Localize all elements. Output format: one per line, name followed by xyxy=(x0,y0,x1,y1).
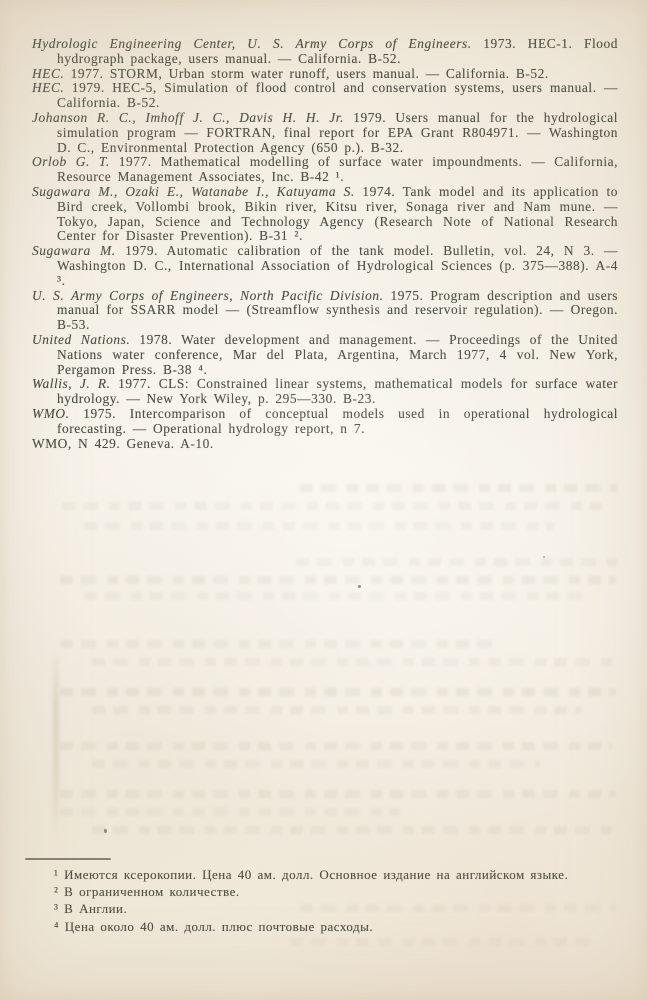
reference-text: 1977. CLS: Constrained linear systems, m… xyxy=(57,376,618,406)
reference-author: Sugawara M., Ozaki E., Watanabe I., Katu… xyxy=(32,184,355,199)
footnote: ² В ограниченном количестве. xyxy=(30,883,618,900)
reference-entry: HEC. 1977. STORM, Urban storm water runo… xyxy=(32,67,618,82)
reference-entry: WMO. 1975. Intercomparison of conceptual… xyxy=(32,407,618,437)
reference-author: Sugawara M. xyxy=(32,243,116,258)
reference-entry: HEC. 1979. HEC-5, Simulation of flood co… xyxy=(32,81,618,111)
reference-entry: Sugawara M. 1979. Automatic calibration … xyxy=(32,244,618,288)
bleed-through-ghost xyxy=(84,592,592,600)
page: Hydrologic Engineering Center, U. S. Arm… xyxy=(0,0,647,1000)
bleed-through-ghost xyxy=(60,688,616,696)
bleed-through-ghost xyxy=(92,826,612,834)
ink-speck xyxy=(543,556,545,558)
footnote: ¹ Имеются ксерокопии. Цена 40 ам. долл. … xyxy=(30,866,618,883)
footnote-block: ¹ Имеются ксерокопии. Цена 40 ам. долл. … xyxy=(30,866,618,935)
reference-author: U. S. Army Corps of Engineers, North Pac… xyxy=(32,288,384,303)
reference-author: HEC. xyxy=(32,66,64,81)
reference-list: Hydrologic Engineering Center, U. S. Arm… xyxy=(32,37,618,451)
bleed-through-ghost xyxy=(92,658,616,666)
bleed-through-ghost xyxy=(60,576,616,584)
ink-speck xyxy=(358,585,361,588)
reference-text: WMO, N 429. Geneva. A-10. xyxy=(32,436,214,451)
reference-author: Johanson R. C., Imhoff J. C., Davis H. H… xyxy=(32,110,344,125)
reference-entry: United Nations. 1978. Water development … xyxy=(32,333,618,377)
bleed-through-ghost xyxy=(60,640,500,648)
reference-author: Wallis, J. R. xyxy=(32,376,111,391)
reference-author: Orlob G. T. xyxy=(32,154,110,169)
bleed-through-ghost xyxy=(62,502,602,510)
bleed-through-ghost xyxy=(300,484,618,492)
ink-speck xyxy=(104,829,107,833)
reference-entry: Sugawara M., Ozaki E., Watanabe I., Katu… xyxy=(32,185,618,244)
reference-text: 1979. Automatic calibration of the tank … xyxy=(57,243,618,288)
reference-author: WMO. xyxy=(32,406,70,421)
reference-author: HEC. xyxy=(32,80,64,95)
reference-author: Hydrologic Engineering Center, U. S. Arm… xyxy=(32,36,472,51)
footnote-divider xyxy=(25,858,111,860)
bleed-through-ghost xyxy=(60,742,612,750)
reference-text: 1975. Intercomparison of conceptual mode… xyxy=(57,406,618,436)
reference-text: 1977. Mathematical modelling of surface … xyxy=(57,154,618,184)
reference-author: United Nations. xyxy=(32,332,130,347)
bleed-through-ghost xyxy=(290,938,590,946)
bleed-through-ghost xyxy=(92,760,540,768)
reference-text: 1977. STORM, Urban storm water runoff, u… xyxy=(64,66,548,81)
footnote: ⁴ Цена около 40 ам. долл. плюс почтовые … xyxy=(30,918,618,935)
bleed-through-ghost xyxy=(92,706,582,714)
reference-entry: Johanson R. C., Imhoff J. C., Davis H. H… xyxy=(32,111,618,155)
bleed-through-ghost xyxy=(296,558,618,566)
bleed-through-ghost xyxy=(60,790,616,798)
reference-text: 1978. Water development and management. … xyxy=(57,332,618,377)
reference-entry: Hydrologic Engineering Center, U. S. Arm… xyxy=(32,37,618,67)
footnote: ³ В Англии. xyxy=(30,900,618,917)
reference-entry: WMO, N 429. Geneva. A-10. xyxy=(32,437,618,452)
reference-entry: U. S. Army Corps of Engineers, North Pac… xyxy=(32,289,618,333)
bleed-through-ghost xyxy=(60,808,400,816)
scan-smudge xyxy=(54,648,58,838)
reference-entry: Orlob G. T. 1977. Mathematical modelling… xyxy=(32,155,618,185)
reference-text: 1979. HEC-5, Simulation of flood control… xyxy=(57,80,618,110)
bleed-through-ghost xyxy=(84,522,554,530)
reference-entry: Wallis, J. R. 1977. CLS: Constrained lin… xyxy=(32,377,618,407)
